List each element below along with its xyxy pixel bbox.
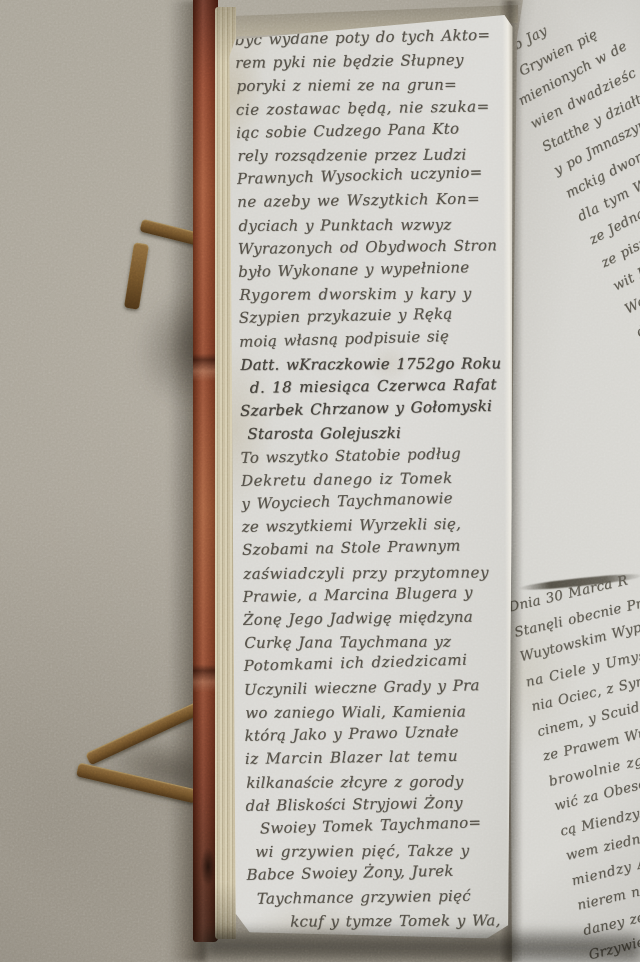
manuscript-line: iz Marcin Blazer lat temu [245,744,516,771]
manuscript-line: Taychmance grzywien pięć [247,884,518,911]
manuscript-line: Datt. wKraczkowie 1752go Roku [240,352,511,377]
left-manuscript-page: 130 ✛ być wydane poty do tych Akto=rem p… [228,10,519,939]
manuscript-photo: cieb Jayo Grywien pięmienionych w dewien… [0,0,640,962]
manuscript-line: Szarbek Chrzanow y Gołomyski [240,395,511,424]
manuscript-line: Babce Swoiey Żony, Jurek [246,859,517,888]
book-bottom-shadow [202,932,640,961]
manuscript-line: którą Jako y Prawo Uznałe [244,720,515,749]
manuscript-line: ne azeby we Wszytkich Kon= [237,188,508,215]
manuscript-text-block: być wydane poty do tych Akto=rem pyki ni… [235,25,519,935]
manuscript-line: Szobami na Stole Prawnym [242,534,513,563]
manuscript-line: To wszytko Statobie podług [240,441,511,470]
manuscript-line: dyciach y Punktach wzwyz [238,213,509,238]
manuscript-line: kcuf y tymze Tomek y Wa, [248,909,518,934]
manuscript-line: iąc sobie Cudzego Pana Kto [236,116,507,145]
manuscript-line: rem pyki nie będzie Słupney [235,48,506,75]
manuscript-line: Uczynili wieczne Grady y Pra [244,673,515,702]
right-page-text-upper: cieb Jayo Grywien pięmienionych w dewien… [510,0,640,530]
manuscript-line: Żonę Jego Jadwigę międzyna [243,605,514,632]
manuscript-line: poryki z niemi ze na grun= [236,74,507,99]
right-page-text-lower: Dnia 30 Marca RStanęli obecnie PrWuytows… [510,497,640,962]
right-facing-page: cieb Jayo Grywien pięmienionych w dewien… [510,0,640,962]
manuscript-line: było Wykonane y wypełnione [238,255,509,284]
manuscript-line: Prawie, a Marcina Blugera y [242,580,513,609]
manuscript-line: kilkanaście złcyre z gorody [246,770,517,795]
